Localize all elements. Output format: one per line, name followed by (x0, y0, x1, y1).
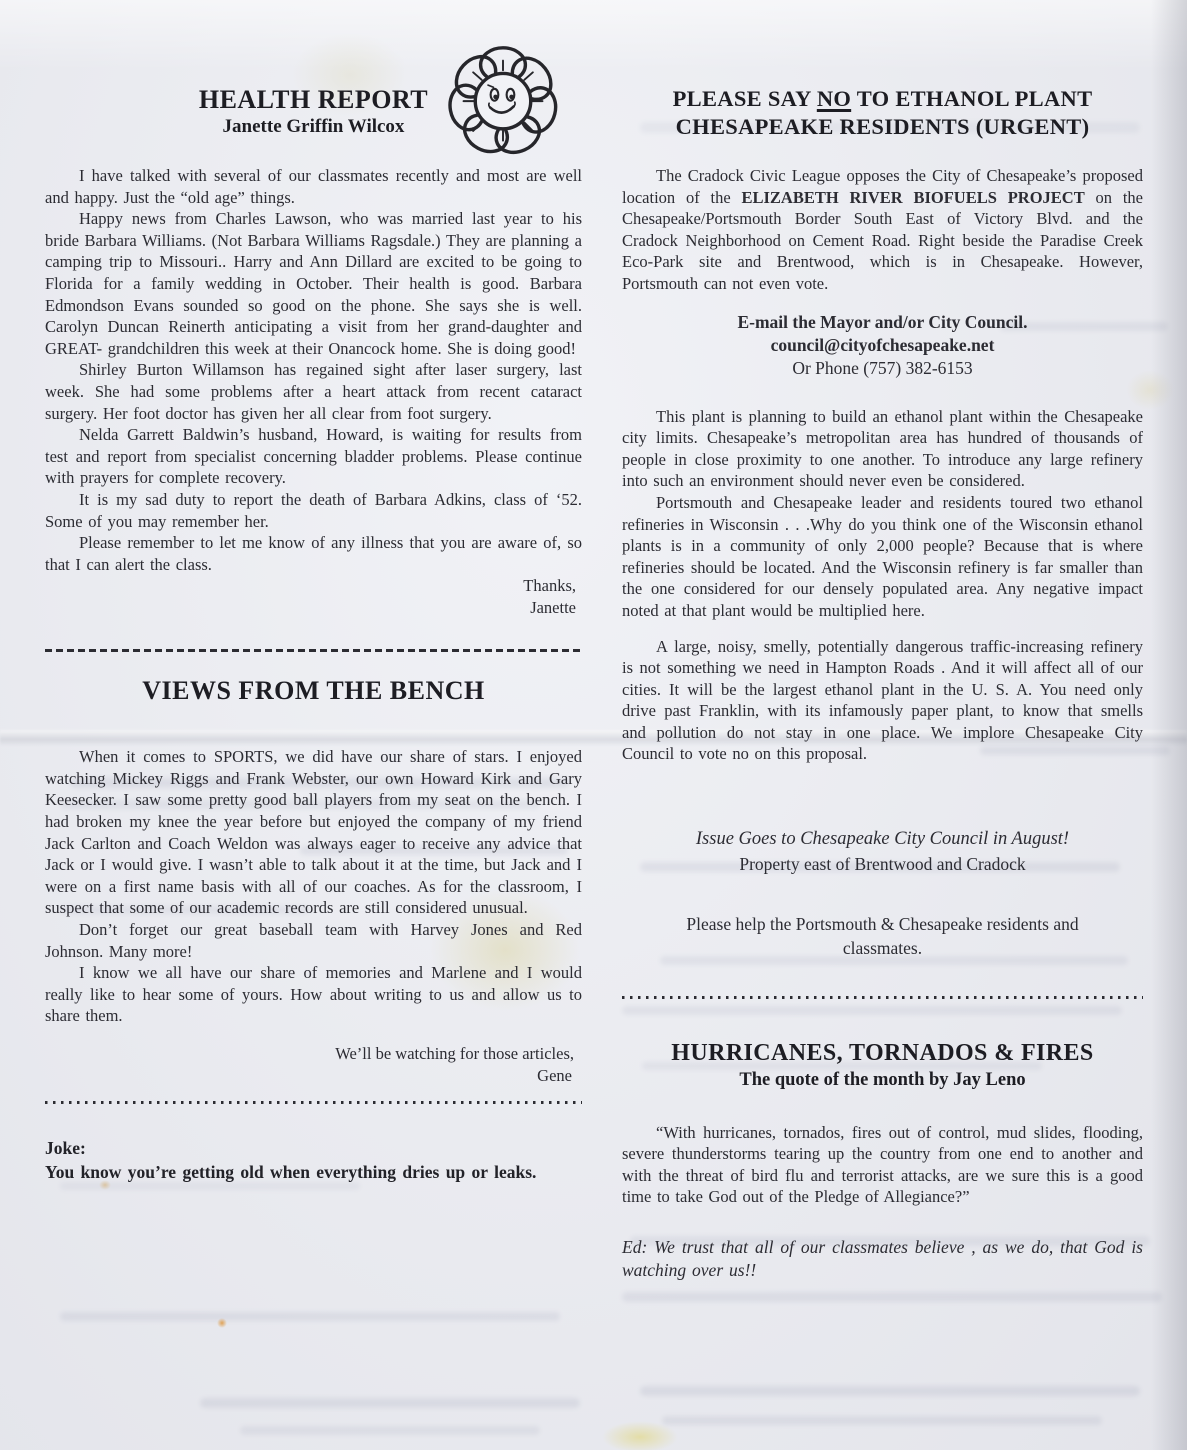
health-report-header: HEALTH REPORT Janette Griffin Wilcox (45, 85, 582, 139)
contact-phone: Or Phone (757) 382-6153 (622, 357, 1143, 380)
bleedthrough-smudge (60, 1312, 560, 1321)
bleedthrough-smudge (200, 1398, 580, 1408)
ethanol-paragraph: This plant is planning to build an ethan… (622, 406, 1143, 492)
dashed-divider (45, 649, 582, 652)
ethanol-paragraph: Portsmouth and Chesapeake leader and res… (622, 492, 1143, 622)
editor-note: Ed: We trust that all of our classmates … (622, 1236, 1143, 1283)
views-paragraph: When it comes to SPORTS, we did have our… (45, 746, 582, 919)
paper-stain (217, 1318, 227, 1328)
ethanol-title-line1: PLEASE SAY NO TO ETHANOL PLANT (622, 85, 1143, 113)
ethanol-title-line2: CHESAPEAKE RESIDENTS (URGENT) (622, 113, 1143, 141)
contact-block: E-mail the Mayor and/or City Council. co… (622, 311, 1143, 380)
scan-top-light (0, 0, 1187, 70)
health-signoff: Thanks, Janette (45, 575, 582, 619)
left-column: HEALTH REPORT Janette Griffin Wilcox (45, 85, 582, 1184)
joke-label: Joke: (45, 1136, 582, 1160)
contact-email-label: E-mail the Mayor and/or City Council. (622, 311, 1143, 334)
dotted-divider-right (622, 996, 1143, 999)
signoff-name: Janette (45, 597, 576, 619)
joke-section: Joke: You know you’re getting old when e… (45, 1136, 582, 1184)
dotted-divider-left (45, 1101, 582, 1104)
issue-line: Issue Goes to Chesapeake City Council in… (622, 827, 1143, 852)
ethanol-title-no-underlined: NO (817, 86, 851, 111)
ethanol-title: PLEASE SAY NO TO ETHANOL PLANT CHESAPEAK… (622, 85, 1143, 141)
ethanol-title-pre: PLEASE SAY (673, 86, 817, 111)
contact-email-address: council@cityofchesapeake.net (622, 334, 1143, 357)
views-paragraph: Don’t forget our great baseball team wit… (45, 919, 582, 962)
health-paragraph: Shirley Burton Willamson has regained si… (45, 359, 582, 424)
jay-leno-quote: “With hurricanes, tornados, fires out of… (622, 1122, 1143, 1208)
bleedthrough-smudge (662, 1416, 1102, 1425)
newsletter-page: HEALTH REPORT Janette Griffin Wilcox (0, 0, 1187, 1450)
bleedthrough-smudge (240, 1426, 540, 1435)
hurricanes-subtitle: The quote of the month by Jay Leno (622, 1068, 1143, 1092)
ethanol-title-post: TO ETHANOL PLANT (851, 86, 1092, 111)
help-line: Please help the Portsmouth & Chesapeake … (622, 912, 1143, 960)
ethanol-project-name: ELIZABETH RIVER BIOFUELS PROJECT (741, 188, 1084, 207)
views-paragraph: I know we all have our share of memories… (45, 962, 582, 1027)
paper-stain (602, 1421, 678, 1450)
smiling-flower-icon (439, 33, 567, 165)
signoff-thanks: Thanks, (45, 575, 576, 597)
views-title: VIEWS FROM THE BENCH (45, 676, 582, 706)
health-paragraph: Nelda Garrett Baldwin’s husband, Howard,… (45, 424, 582, 489)
property-line: Property east of Brentwood and Cradock (622, 852, 1143, 876)
hurricanes-title: HURRICANES, TORNADOS & FIRES (622, 1039, 1143, 1068)
scan-edge-shadow (1151, 0, 1187, 1450)
health-paragraph: I have talked with several of our classm… (45, 165, 582, 208)
views-signoff-name: Gene (45, 1065, 582, 1087)
joke-text: You know you’re getting old when everyth… (45, 1160, 582, 1184)
bleedthrough-smudge (640, 1386, 1140, 1396)
health-paragraph: Please remember to let me know of any il… (45, 532, 582, 575)
ethanol-paragraph: The Cradock Civic League opposes the Cit… (622, 165, 1143, 295)
ethanol-paragraph: A large, noisy, smelly, potentially dang… (622, 636, 1143, 766)
right-column: PLEASE SAY NO TO ETHANOL PLANT CHESAPEAK… (622, 85, 1143, 1300)
health-paragraph: Happy news from Charles Lawson, who was … (45, 208, 582, 359)
health-paragraph: It is my sad duty to report the death of… (45, 489, 582, 532)
watching-line: We’ll be watching for those articles, (45, 1043, 582, 1065)
